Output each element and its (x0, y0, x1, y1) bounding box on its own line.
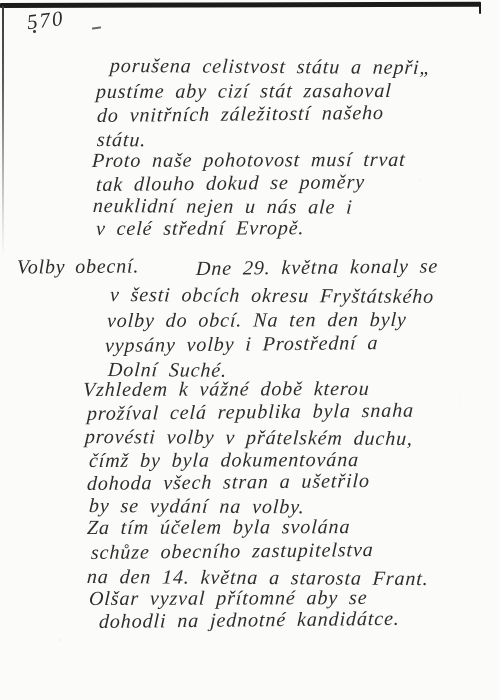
stray-ink-mark (92, 26, 101, 29)
handwritten-line: v celé střední Evropě. (96, 218, 305, 239)
handwritten-line: Dne 29. května konaly se (196, 256, 439, 279)
scan-edge-top (0, 2, 481, 8)
margin-heading: Volby obecní. (17, 255, 139, 279)
handwritten-line: prožíval celá republika byla snaha (87, 401, 415, 424)
handwritten-line: do vnitřních záležitostí našeho (97, 103, 385, 126)
handwritten-line: státu. (96, 130, 146, 150)
handwritten-line: čímž by byla dokumentována (89, 450, 360, 471)
handwritten-line: Za tím účelem byla svolána (87, 517, 351, 538)
handwritten-line: Olšar vyzval přítomné aby se (89, 588, 369, 609)
handwritten-line: pustíme aby cizí stát zasahoval (96, 81, 393, 102)
scanned-document-page: 570 Volby obecní. porušena celistvost st… (0, 0, 499, 700)
handwritten-line: tak dlouho dokud se poměry (96, 172, 366, 195)
handwritten-line: Proto naše pohotovost musí trvat (92, 150, 407, 171)
handwritten-line: schůze obecního zastupitelstva (91, 540, 375, 563)
handwritten-line: na den 14. května a starosta Frant. (86, 567, 429, 589)
handwritten-line: dohoda všech stran a ušetřilo (87, 471, 371, 494)
handwritten-line: Vzhledem k vážné době kterou (83, 379, 371, 400)
scan-edge-left (2, 6, 4, 258)
handwritten-line: porušena celistvost státu a nepři„ (109, 56, 432, 78)
handwritten-line: provésti volby v přátelském duchu, (84, 427, 413, 449)
handwritten-line: neuklidní nejen u nás ale i (92, 196, 353, 218)
handwritten-line: dohodli na jednotné kandidátce. (99, 609, 401, 632)
handwritten-line: volby do obcí. Na ten den byly (107, 310, 408, 331)
handwritten-line: v šesti obcích okresu Fryštátského (109, 285, 434, 307)
handwritten-line: by se vydání na volby. (88, 496, 305, 517)
handwritten-line: vypsány volby i Prostřední a (105, 333, 379, 356)
page-number: 570 (26, 6, 66, 35)
